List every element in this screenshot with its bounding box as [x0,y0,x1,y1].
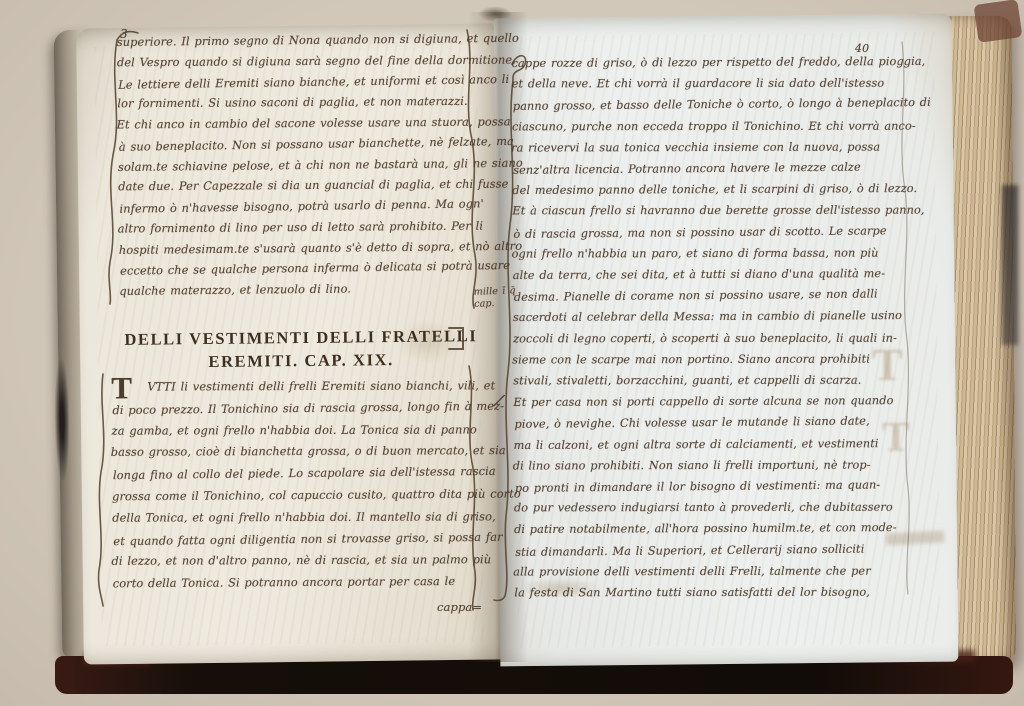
manuscript-line: ma li calzoni, et ogni altra sorte di ca… [514,433,912,456]
book-cover-top-right [974,0,1023,43]
manuscript-line: Et à ciascun frello si havranno due bere… [512,200,910,222]
right-edge-dark-streak [1002,185,1018,345]
manuscript-photo: 3 superiore. Il primo segno di Nona quan… [0,0,1024,706]
manuscript-line: alla provisione delli vestimenti delli F… [513,560,911,582]
chapter-heading-line1: DELLI VESTIMENTI DELLI FRATELLI [115,324,487,351]
manuscript-line: corto della Tonica. Si potranno ancora p… [113,571,491,595]
manuscript-line: piove, ò nevighe. Chi volesse usar le mu… [514,411,912,436]
manuscript-line: sacerdoti al celebrar della Messa: ma in… [513,305,911,328]
chapter-heading: DELLI VESTIMENTI DELLI FRATELLI EREMITI.… [115,324,487,374]
manuscript-line: grossa come il Tonichino, col capuccio c… [112,484,490,508]
manuscript-line: stivali, stivaletti, borzacchini, guanti… [513,370,911,392]
manuscript-line: zoccoli di legno coperti, ò scoperti à s… [513,327,911,349]
margin-note: mille ī q̄ cap. [474,285,519,311]
manuscript-line: della Tonica, et ogni frello n'habbia do… [112,506,490,529]
manuscript-line: sieme con le scarpe mai non portino. Sia… [512,348,910,370]
manuscript-line: altro fornimento di lino per uso di lett… [118,215,490,239]
margin-note-line1: mille ī q̄ [474,285,518,299]
manuscript-line: VTTI li vestimenti delli frelli Eremiti … [111,375,489,398]
manuscript-line: la festa di San Martino tutti siano sati… [514,582,912,604]
manuscript-line: ciascuno, purche non ecceda troppo il To… [512,115,910,137]
manuscript-line: di patire notabilmente, all'hora possino… [514,517,912,540]
manuscript-line: superiore. Il primo segno di Nona quando… [117,28,489,53]
manuscript-line: ogni frello n'habbia un paro, et siano d… [512,242,910,264]
manuscript-line: basso grosso, cioè di bianchetta grossa,… [111,441,489,464]
manuscript-line: stia dimandarli. Ma li Superiori, et Cel… [515,538,913,563]
manuscript-line: panno grosso, et basso delle Toniche ò c… [513,92,911,117]
manuscript-line: longa fino al collo del piede. Lo scapol… [113,461,491,487]
manuscript-line: del medesimo panno delle toniche, et li … [512,178,910,201]
margin-note-line2: cap. [474,297,518,311]
manuscript-line: qualche materazzo, et lenzuolo di lino. [119,277,491,302]
manuscript-line: za gamba, et ogni frello n'habbia doi. L… [112,419,490,442]
manuscript-line: ò di rascia grossa, ma non si possino us… [513,220,911,245]
manuscript-line: senz'altra licencia. Potranno ancora hav… [513,156,911,181]
manuscript-line: do pur vedessero indugiarsi tanto à prov… [514,497,912,519]
manuscript-line: di poco prezzo. Il Tonichino sia di rasc… [112,396,490,422]
manuscript-line: po pronti in dimandare il lor bisogno di… [515,474,913,499]
catchword: cappa= [437,600,482,614]
chapter-heading-line2: EREMITI. CAP. XIX. [115,347,487,374]
manuscript-line: cappe rozze di griso, ò di lezzo per ris… [512,51,910,74]
manuscript-line: et della neve. Et chi vorrà il guardacor… [512,73,910,95]
manuscript-line: ra ricevervi la sua tonica vecchia insie… [511,136,909,158]
manuscript-line: lor fornimenti. Si usino saconi di pagli… [117,91,489,114]
manuscript-line: desima. Pianelle di corame non si possin… [514,283,912,308]
right-paragraph: cappe rozze di griso, ò di lezzo per ris… [512,51,913,604]
left-paragraph-2: T VTTI li vestimenti delli frelli Eremit… [111,375,491,596]
left-paragraph-1: superiore. Il primo segno di Nona quando… [117,28,492,302]
manuscript-line: di lezzo, et non d'altro panno, nè di ra… [111,550,489,573]
manuscript-line: di lino siano prohibiti. Non siano li fr… [513,454,911,476]
